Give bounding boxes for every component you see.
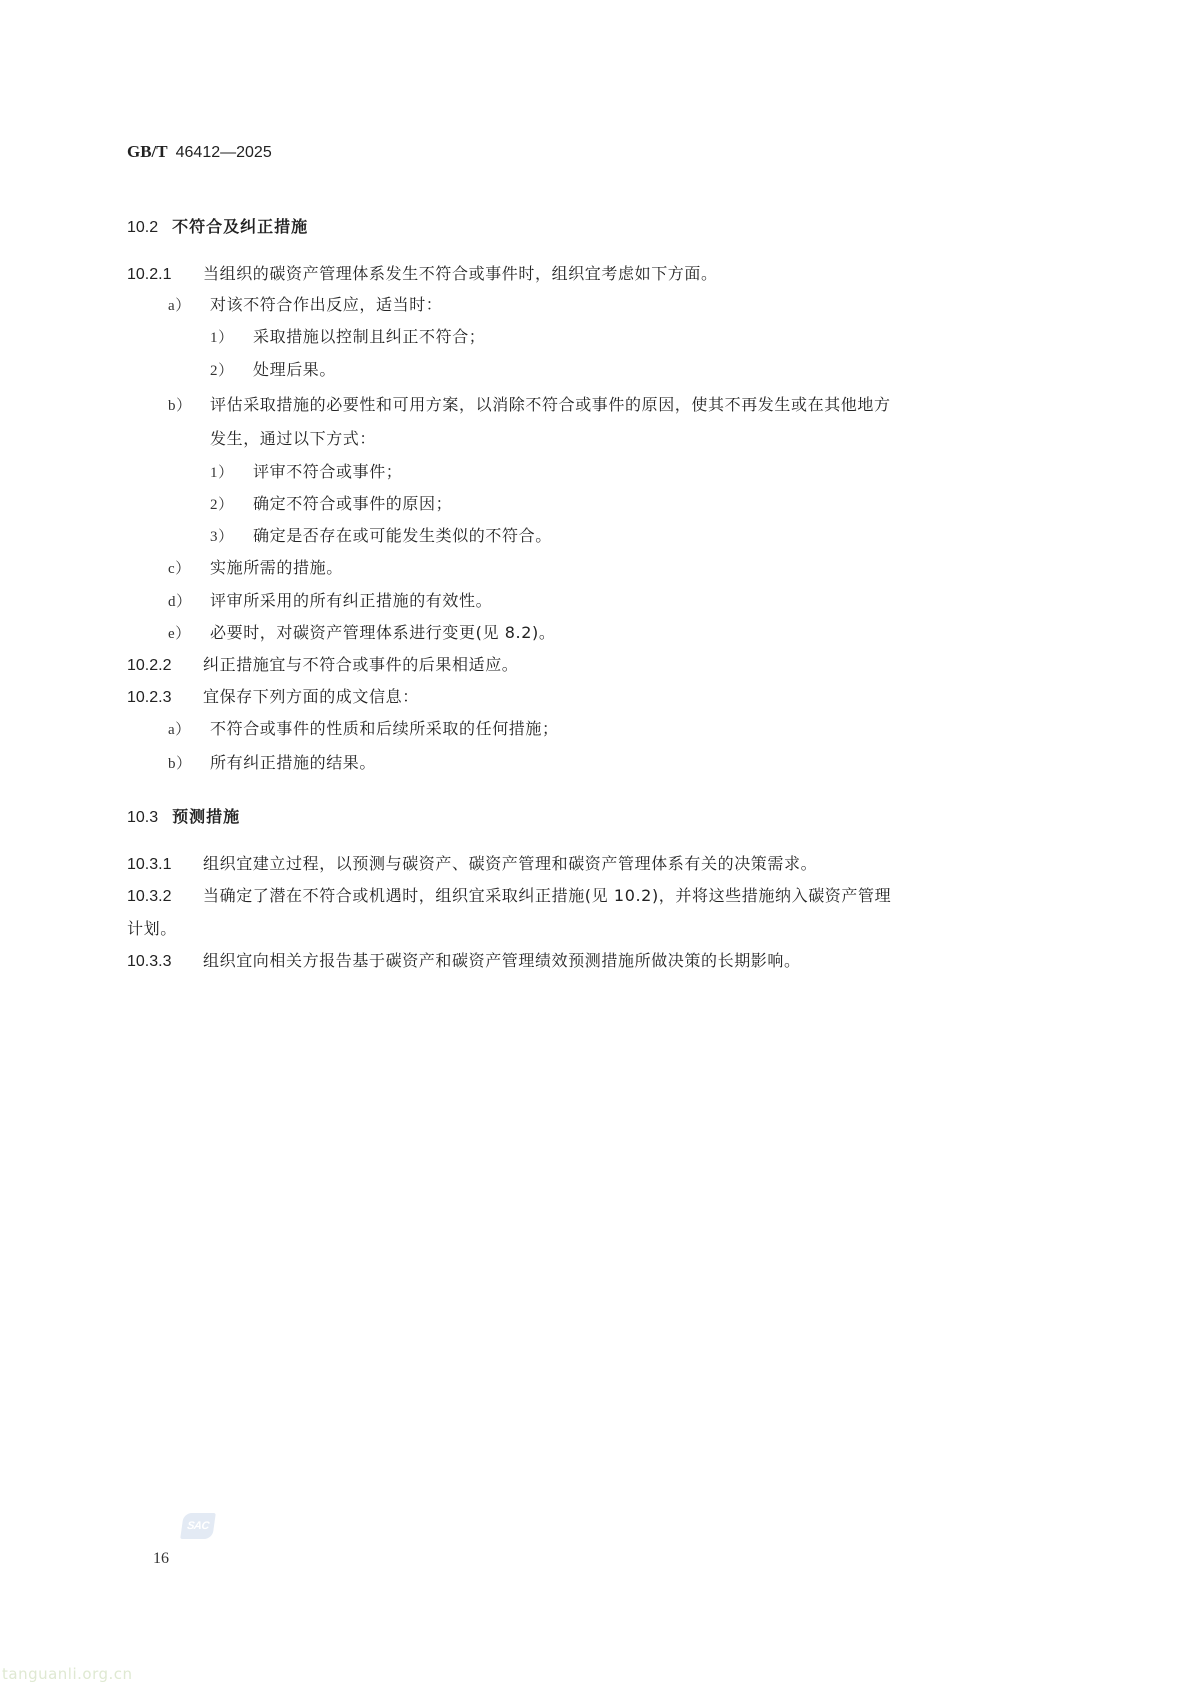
list-marker: 2） (210, 495, 253, 515)
sac-logo-icon: SAC (180, 1513, 216, 1539)
section-heading-10-3: 10.3预测措施 (127, 804, 240, 827)
section-title: 预测措施 (172, 807, 240, 826)
sub-list-item-2: 2）确定不符合或事件的原因； (210, 494, 452, 515)
section-number: 10.2 (127, 219, 158, 236)
list-marker: b） (168, 396, 210, 416)
list-text: 采取措施以控制且纠正不符合； (253, 327, 485, 346)
list-marker: a） (168, 720, 210, 740)
list-text: 必要时，对碳资产管理体系进行变更(见 8.2)。 (210, 623, 555, 642)
section-number: 10.3 (127, 809, 158, 826)
clause-number: 10.2.3 (127, 688, 203, 708)
clause-number: 10.3.3 (127, 952, 203, 972)
clause-number: 10.2.2 (127, 656, 203, 676)
sub-list-item-3: 3）确定是否存在或可能发生类似的不符合。 (210, 526, 552, 547)
clause-10-3-1: 10.3.1组织宜建立过程，以预测与碳资产、碳资产管理和碳资产管理体系有关的决策… (127, 854, 817, 875)
list-item-b: b）评估采取措施的必要性和可用方案，以消除不符合或事件的原因，使其不再发生或在其… (168, 395, 891, 416)
clause-text: 宜保存下列方面的成文信息： (203, 687, 419, 706)
clause-number: 10.2.1 (127, 265, 203, 285)
list-marker: e） (168, 624, 210, 644)
watermark: tanguanli.org.cn (2, 1665, 133, 1683)
standard-prefix: GB/T (127, 142, 168, 161)
clause-10-2-2: 10.2.2纠正措施宜与不符合或事件的后果相适应。 (127, 655, 518, 676)
section-heading-10-2: 10.2不符合及纠正措施 (127, 214, 308, 237)
list-item-c: c）实施所需的措施。 (168, 558, 343, 579)
clause-10-3-2-continuation: 计划。 (127, 919, 177, 939)
list-item-a: a）不符合或事件的性质和后续所采取的任何措施； (168, 719, 559, 740)
clause-text: 当组织的碳资产管理体系发生不符合或事件时，组织宜考虑如下方面。 (203, 264, 718, 283)
list-marker: a） (168, 296, 210, 316)
list-text: 评审所采用的所有纠正措施的有效性。 (210, 591, 492, 610)
list-text: 不符合或事件的性质和后续所采取的任何措施； (210, 719, 559, 738)
sub-list-item-1: 1）评审不符合或事件； (210, 462, 402, 483)
list-marker: 2） (210, 361, 253, 381)
list-text: 确定不符合或事件的原因； (253, 494, 452, 513)
list-marker: b） (168, 754, 210, 774)
list-text: 评估采取措施的必要性和可用方案，以消除不符合或事件的原因，使其不再发生或在其他地… (210, 395, 891, 414)
list-marker: 1） (210, 328, 253, 348)
list-marker: 1） (210, 463, 253, 483)
list-item-a: a）对该不符合作出反应，适当时： (168, 295, 442, 316)
clause-text: 组织宜向相关方报告基于碳资产和碳资产管理绩效预测措施所做决策的长期影响。 (203, 951, 801, 970)
clause-text: 计划。 (127, 919, 177, 938)
clause-10-2-3: 10.2.3宜保存下列方面的成文信息： (127, 687, 419, 708)
list-text: 评审不符合或事件； (253, 462, 402, 481)
section-title: 不符合及纠正措施 (172, 217, 308, 236)
standard-code: GB/T46412—2025 (127, 142, 272, 162)
list-marker: d） (168, 592, 210, 612)
list-item-e: e）必要时，对碳资产管理体系进行变更(见 8.2)。 (168, 623, 555, 644)
clause-10-3-2: 10.3.2当确定了潜在不符合或机遇时，组织宜采取纠正措施(见 10.2)，并将… (127, 886, 891, 907)
clause-text: 当确定了潜在不符合或机遇时，组织宜采取纠正措施(见 10.2)，并将这些措施纳入… (203, 886, 891, 905)
clause-number: 10.3.1 (127, 855, 203, 875)
sub-list-item-2: 2）处理后果。 (210, 360, 336, 381)
list-text: 确定是否存在或可能发生类似的不符合。 (253, 526, 552, 545)
clause-text: 纠正措施宜与不符合或事件的后果相适应。 (203, 655, 518, 674)
clause-text: 组织宜建立过程，以预测与碳资产、碳资产管理和碳资产管理体系有关的决策需求。 (203, 854, 817, 873)
list-text: 处理后果。 (253, 360, 336, 379)
list-marker: c） (168, 559, 210, 579)
list-text: 所有纠正措施的结果。 (210, 753, 376, 772)
standard-number: 46412—2025 (176, 144, 272, 161)
list-text: 实施所需的措施。 (210, 558, 343, 577)
page-number: 16 (153, 1550, 169, 1568)
clause-number: 10.3.2 (127, 887, 203, 907)
list-item-b-continuation: 发生，通过以下方式： (210, 429, 376, 449)
list-text: 对该不符合作出反应，适当时： (210, 295, 442, 314)
clause-10-3-3: 10.3.3组织宜向相关方报告基于碳资产和碳资产管理绩效预测措施所做决策的长期影… (127, 951, 801, 972)
sub-list-item-1: 1）采取措施以控制且纠正不符合； (210, 327, 485, 348)
list-item-b: b）所有纠正措施的结果。 (168, 753, 376, 774)
list-text: 发生，通过以下方式： (210, 429, 376, 448)
logo-text: SAC (180, 1513, 216, 1539)
clause-10-2-1: 10.2.1当组织的碳资产管理体系发生不符合或事件时，组织宜考虑如下方面。 (127, 264, 718, 285)
list-item-d: d）评审所采用的所有纠正措施的有效性。 (168, 591, 492, 612)
list-marker: 3） (210, 527, 253, 547)
